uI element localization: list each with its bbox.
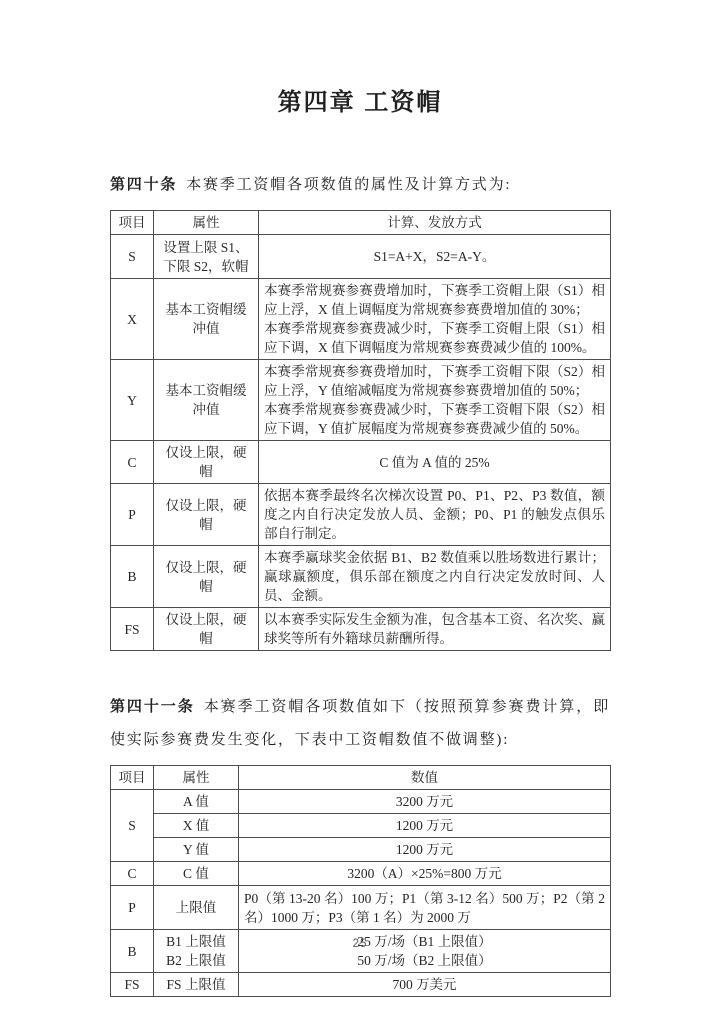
table-row-c: C 仅设上限，硬帽 C 值为 A 值的 25%: [111, 441, 611, 484]
table-row-p: P 仅设上限，硬帽 依据本赛季最终名次梯次设置 P0、P1、P2、P3 数值，额…: [111, 484, 611, 546]
value-cell: 本赛季赢球奖金依据 B1、B2 数值乘以胜场数进行累计；赢球赢额度，俱乐部在额度…: [259, 546, 611, 608]
table-row-s-a: S A 值 3200 万元: [111, 790, 611, 814]
attribute-cell: 基本工资帽缓冲值: [154, 360, 259, 441]
table-row-p: P 上限值 P0（第 13-20 名）100 万；P1（第 3-12 名）500…: [111, 886, 611, 930]
item-cell: B: [111, 930, 154, 973]
table-row-y: Y 基本工资帽缓冲值 本赛季常规赛参赛费增加时，下赛季工资帽下限（S2）相应上浮…: [111, 360, 611, 441]
table-header-row: 项目 属性 计算、发放方式: [111, 211, 611, 235]
table-row-b: B B1 上限值 B2 上限值 25 万/场（B1 上限值） 50 万/场（B2…: [111, 930, 611, 973]
page-number: 25: [0, 938, 720, 950]
value-cell: 700 万美元: [239, 973, 611, 997]
value-cell: 25 万/场（B1 上限值） 50 万/场（B2 上限值）: [239, 930, 611, 973]
value-cell: 以本赛季实际发生金额为准，包含基本工资、名次奖、赢球奖等所有外籍球员薪酬所得。: [259, 608, 611, 651]
salary-cap-attributes-table: 项目 属性 计算、发放方式 S 设置上限 S1、下限 S2，软帽 S1=A+X，…: [110, 210, 611, 651]
column-header-item: 项目: [111, 766, 154, 790]
attribute-cell: B1 上限值 B2 上限值: [154, 930, 239, 973]
attribute-cell: 仅设上限，硬帽: [154, 484, 259, 546]
table-row-c: C C 值 3200（A）×25%=800 万元: [111, 862, 611, 886]
table-row-s-y: Y 值 1200 万元: [111, 838, 611, 862]
attribute-cell: A 值: [154, 790, 239, 814]
article-40-text: 本赛季工资帽各项数值的属性及计算方式为:: [186, 177, 511, 193]
value-cell: 3200 万元: [239, 790, 611, 814]
attribute-cell: X 值: [154, 814, 239, 838]
value-cell: 3200（A）×25%=800 万元: [239, 862, 611, 886]
item-cell: FS: [111, 973, 154, 997]
value-cell: P0（第 13-20 名）100 万；P1（第 3-12 名）500 万；P2（…: [239, 886, 611, 930]
attribute-cell: FS 上限值: [154, 973, 239, 997]
article-41-label: 第四十一条: [110, 699, 195, 715]
column-header-attribute: 属性: [154, 766, 239, 790]
value-cell: 1200 万元: [239, 838, 611, 862]
column-header-value: 数值: [239, 766, 611, 790]
item-cell: C: [111, 441, 154, 484]
document-page: 第四章 工资帽 第四十条本赛季工资帽各项数值的属性及计算方式为: 项目 属性 计…: [0, 0, 720, 1020]
item-cell: C: [111, 862, 154, 886]
item-cell: S: [111, 790, 154, 862]
article-40-label: 第四十条: [110, 177, 177, 193]
item-cell: FS: [111, 608, 154, 651]
column-header-calculation: 计算、发放方式: [259, 211, 611, 235]
table-row-s-x: X 值 1200 万元: [111, 814, 611, 838]
attribute-cell: 上限值: [154, 886, 239, 930]
value-cell: 本赛季常规赛参赛费增加时，下赛季工资帽下限（S2）相应上浮，Y 值缩减幅度为常规…: [259, 360, 611, 441]
attribute-cell: 仅设上限，硬帽: [154, 546, 259, 608]
value-cell: 1200 万元: [239, 814, 611, 838]
attribute-cell: Y 值: [154, 838, 239, 862]
column-header-attribute: 属性: [154, 211, 259, 235]
chapter-title: 第四章 工资帽: [0, 0, 720, 117]
item-cell: S: [111, 235, 154, 279]
article-40-paragraph: 第四十条本赛季工资帽各项数值的属性及计算方式为:: [110, 169, 610, 202]
article-41-paragraph: 第四十一条本赛季工资帽各项数值如下（按照预算参赛费计算，即使实际参赛费发生变化，…: [110, 691, 610, 757]
item-cell: X: [111, 279, 154, 360]
attribute-cell: C 值: [154, 862, 239, 886]
table-row-x: X 基本工资帽缓冲值 本赛季常规赛参赛费增加时，下赛季工资帽上限（S1）相应上浮…: [111, 279, 611, 360]
column-header-item: 项目: [111, 211, 154, 235]
table-row-b: B 仅设上限，硬帽 本赛季赢球奖金依据 B1、B2 数值乘以胜场数进行累计；赢球…: [111, 546, 611, 608]
item-cell: P: [111, 886, 154, 930]
item-cell: B: [111, 546, 154, 608]
value-cell: 依据本赛季最终名次梯次设置 P0、P1、P2、P3 数值，额度之内自行决定发放人…: [259, 484, 611, 546]
value-cell: C 值为 A 值的 25%: [259, 441, 611, 484]
value-cell: S1=A+X，S2=A-Y。: [259, 235, 611, 279]
table-row-s: S 设置上限 S1、下限 S2，软帽 S1=A+X，S2=A-Y。: [111, 235, 611, 279]
page-content: 第四十条本赛季工资帽各项数值的属性及计算方式为: 项目 属性 计算、发放方式 S…: [110, 169, 610, 997]
table-row-fs: FS FS 上限值 700 万美元: [111, 973, 611, 997]
item-cell: P: [111, 484, 154, 546]
salary-cap-values-table: 项目 属性 数值 S A 值 3200 万元 X 值 1200 万元 Y 值 1…: [110, 765, 611, 997]
table-row-fs: FS 仅设上限，硬帽 以本赛季实际发生金额为准，包含基本工资、名次奖、赢球奖等所…: [111, 608, 611, 651]
attribute-cell: 基本工资帽缓冲值: [154, 279, 259, 360]
table-header-row: 项目 属性 数值: [111, 766, 611, 790]
attribute-cell: 仅设上限，硬帽: [154, 441, 259, 484]
attribute-cell: 仅设上限，硬帽: [154, 608, 259, 651]
item-cell: Y: [111, 360, 154, 441]
value-cell: 本赛季常规赛参赛费增加时，下赛季工资帽上限（S1）相应上浮，X 值上调幅度为常规…: [259, 279, 611, 360]
attribute-cell: 设置上限 S1、下限 S2，软帽: [154, 235, 259, 279]
